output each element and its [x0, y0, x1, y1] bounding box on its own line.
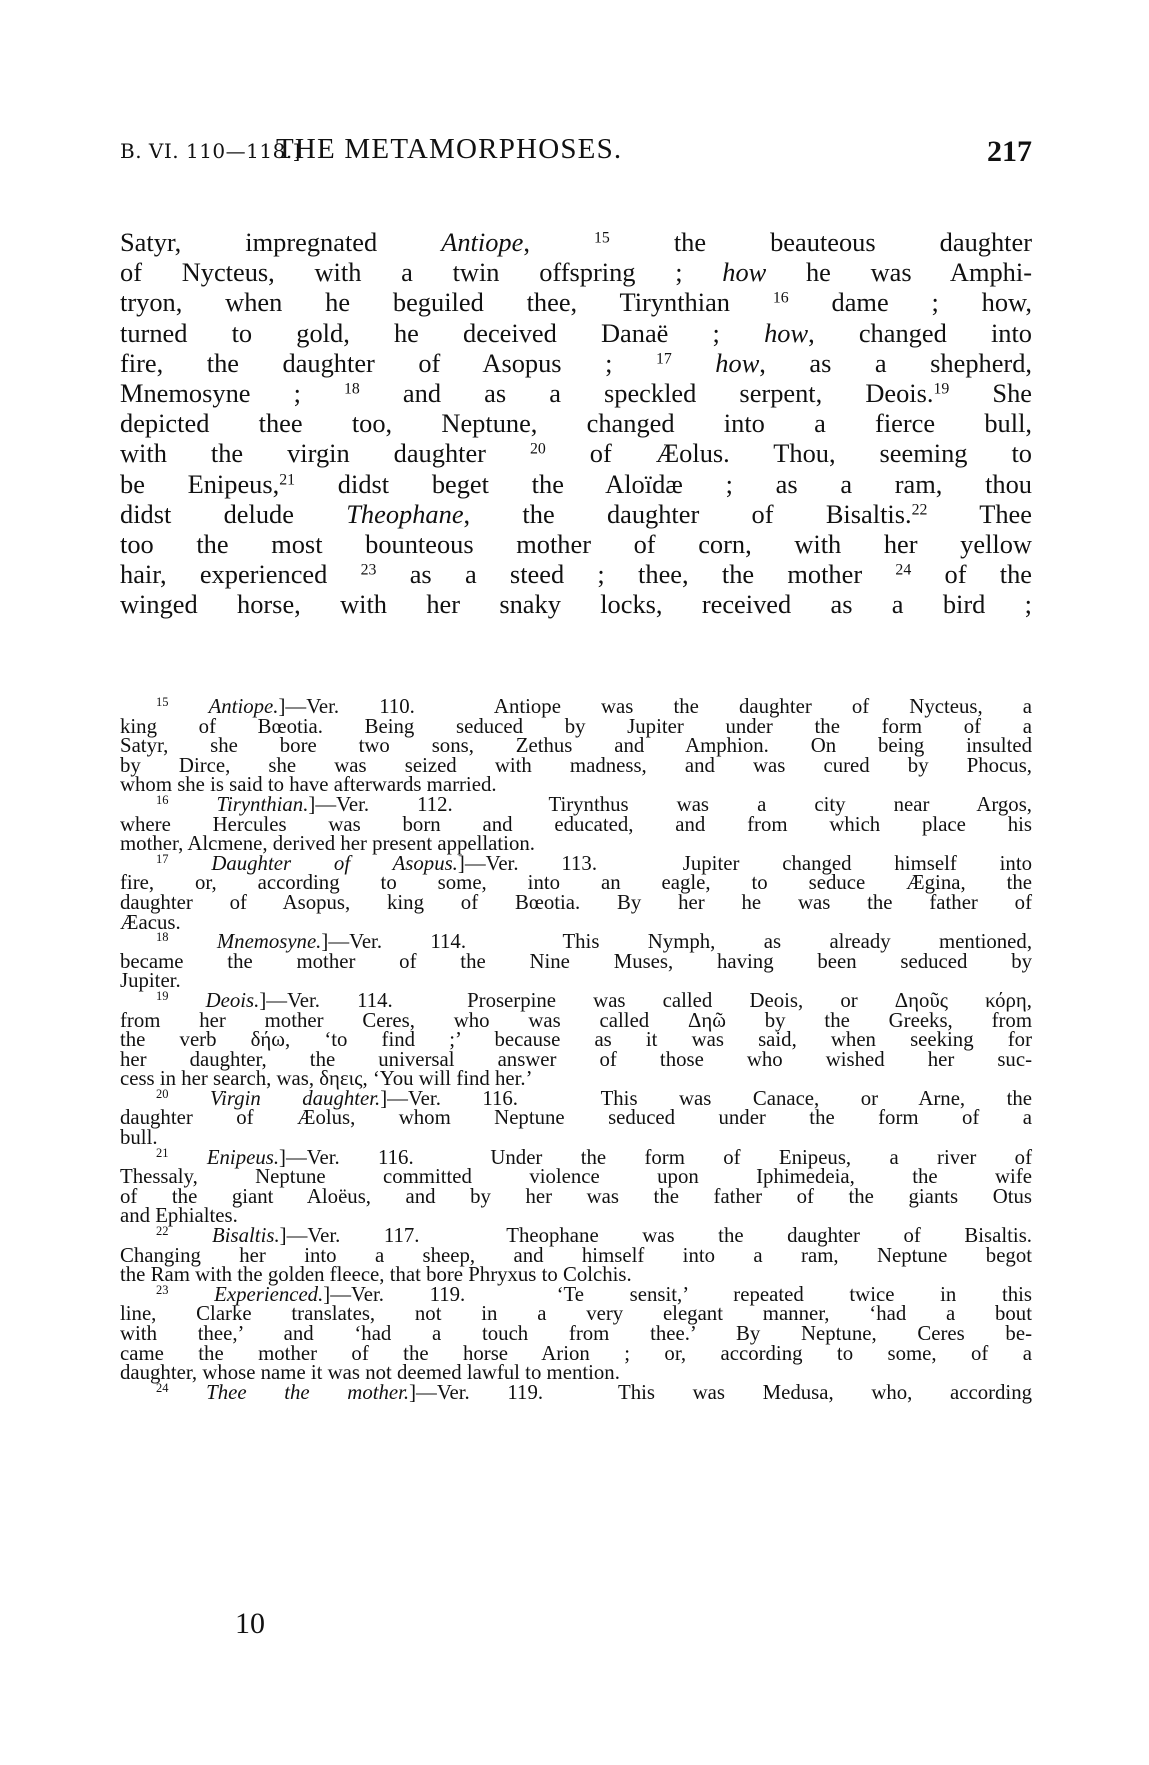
footnote-ref: 20	[530, 441, 546, 458]
main-line: tryon, when he beguiled thee, Tirynthian…	[120, 287, 1032, 317]
main-line: be Enipeus,21 didst beget the Aloïdæ ; a…	[120, 469, 1032, 499]
main-line: winged horse, with her snaky locks, rece…	[120, 589, 1032, 619]
main-line: of Nycteus, with a twin offspring ; how …	[120, 257, 1032, 287]
signature-mark: 10	[235, 1607, 265, 1641]
footnote-16: 16 Tirynthian.]—Ver. 112. Tirynthus was …	[120, 795, 1032, 854]
footnote-ref: 18	[344, 380, 360, 397]
footnote-ref: 24	[895, 561, 911, 578]
book-verse-range: B. VI. 110—118.]	[120, 139, 301, 163]
main-line: fire, the daughter of Asopus ; 17 how, a…	[120, 348, 1032, 378]
running-title: THE METAMORPHOSES.	[276, 133, 622, 166]
footnote-22: 22 Bisaltis.]—Ver. 117. Theophane was th…	[120, 1226, 1032, 1285]
footnote-18: 18 Mnemosyne.]—Ver. 114. This Nymph, as …	[120, 932, 1032, 991]
main-line: with the virgin daughter 20 of Æolus. Th…	[120, 438, 1032, 468]
footnote-15: 15 Antiope.]—Ver. 110. Antiope was the d…	[120, 697, 1032, 795]
footnote-ref: 23	[361, 561, 377, 578]
footnote-19: 19 Deois.]—Ver. 114. Proserpine was call…	[120, 991, 1032, 1089]
footnote-ref: 21	[279, 471, 295, 488]
footnote-23: 23 Experienced.]—Ver. 119. ‘Te sensit,’ …	[120, 1285, 1032, 1383]
main-line: hair, experienced 23 as a steed ; thee, …	[120, 559, 1032, 589]
main-line: turned to gold, he deceived Danaë ; how,…	[120, 318, 1032, 348]
footnotes: 15 Antiope.]—Ver. 110. Antiope was the d…	[120, 697, 1032, 1402]
page-number: 217	[987, 135, 1032, 169]
footnote-ref: 16	[773, 290, 789, 307]
footnote-ref: 19	[934, 380, 950, 397]
main-line: depicted thee too, Neptune, changed into…	[120, 408, 1032, 438]
footnote-ref: 17	[656, 350, 672, 367]
main-line: didst delude Theophane, the daughter of …	[120, 499, 1032, 529]
footnote-21: 21 Enipeus.]—Ver. 116. Under the form of…	[120, 1148, 1032, 1226]
footnote-ref: 15	[594, 229, 610, 246]
main-line: Mnemosyne ; 18 and as a speckled serpent…	[120, 378, 1032, 408]
footnote-20: 20 Virgin daughter.]—Ver. 116. This was …	[120, 1089, 1032, 1148]
book-page: B. VI. 110—118.] THE METAMORPHOSES. 217 …	[0, 0, 1149, 1765]
footnote-24: 24 Thee the mother.]—Ver. 119. This was …	[120, 1383, 1032, 1403]
main-line: Satyr, impregnated Antiope, 15 the beaut…	[120, 227, 1032, 257]
footnote-17: 17 Daughter of Asopus.]—Ver. 113. Jupite…	[120, 854, 1032, 932]
running-header: B. VI. 110—118.] THE METAMORPHOSES. 217	[120, 131, 1032, 171]
main-line: too the most bounteous mother of corn, w…	[120, 529, 1032, 559]
footnote-ref: 22	[912, 501, 928, 518]
main-text: Satyr, impregnated Antiope, 15 the beaut…	[120, 227, 1032, 619]
